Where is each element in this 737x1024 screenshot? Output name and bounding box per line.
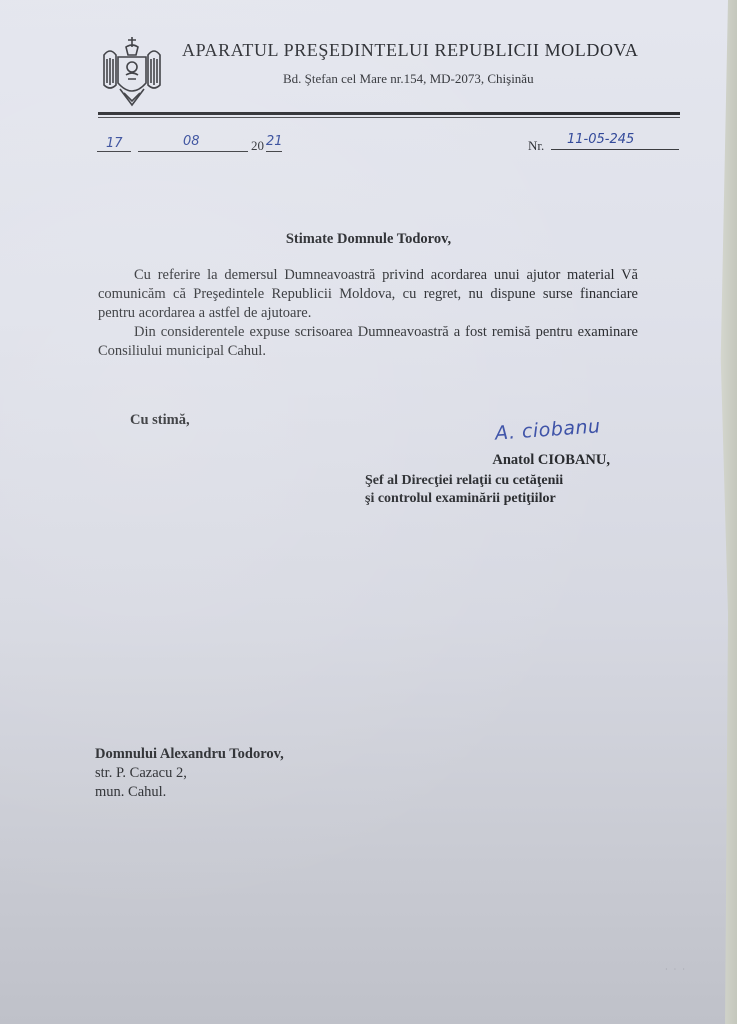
closing: Cu stimă, <box>130 412 190 429</box>
recipient-block: Domnului Alexandru Todorov, str. P. Caza… <box>95 745 284 802</box>
signer-name: Anatol CIOBANU, <box>492 452 610 469</box>
moldova-coat-of-arms-icon <box>100 33 164 109</box>
day-underline <box>97 151 131 152</box>
letter-body: Cu referire la demersul Dumneavoastră pr… <box>98 266 638 361</box>
date-year-prefix: 20 <box>251 138 264 154</box>
institution-name: APARATUL PREŞEDINTELUI REPUBLICII MOLDOV… <box>182 40 638 61</box>
date-day: 17 <box>106 136 123 151</box>
body-paragraph: Din considerentele expuse scrisoarea Dum… <box>98 323 638 361</box>
signer-role: Şef al Direcţiei relaţii cu cetăţenii şi… <box>365 472 563 508</box>
registration-number: 11-05-245 <box>567 132 634 147</box>
recipient-street: str. P. Cazacu 2, <box>95 764 284 783</box>
month-underline <box>138 151 248 152</box>
letter-page: APARATUL PREŞEDINTELUI REPUBLICII MOLDOV… <box>0 0 728 1024</box>
number-underline <box>551 149 679 150</box>
signer-role-line: Şef al Direcţiei relaţii cu cetăţenii <box>365 472 563 490</box>
recipient-city: mun. Cahul. <box>95 783 284 802</box>
date-month: 08 <box>183 134 200 149</box>
number-label: Nr. <box>528 138 544 154</box>
institution-address: Bd. Ştefan cel Mare nr.154, MD-2073, Chi… <box>283 71 534 87</box>
salutation: Stimate Domnule Todorov, <box>0 231 737 248</box>
signer-role-line: şi controlul examinării petiţiilor <box>365 490 563 508</box>
date-year-suffix: 21 <box>266 134 283 149</box>
handwritten-signature: A. ciobanu <box>494 415 601 444</box>
body-paragraph: Cu referire la demersul Dumneavoastră pr… <box>98 266 638 323</box>
header-divider-thin <box>98 117 680 118</box>
year-underline <box>266 151 282 152</box>
header-divider <box>98 112 680 115</box>
paper-speck: · · · <box>665 965 687 974</box>
recipient-name: Domnului Alexandru Todorov, <box>95 745 284 764</box>
